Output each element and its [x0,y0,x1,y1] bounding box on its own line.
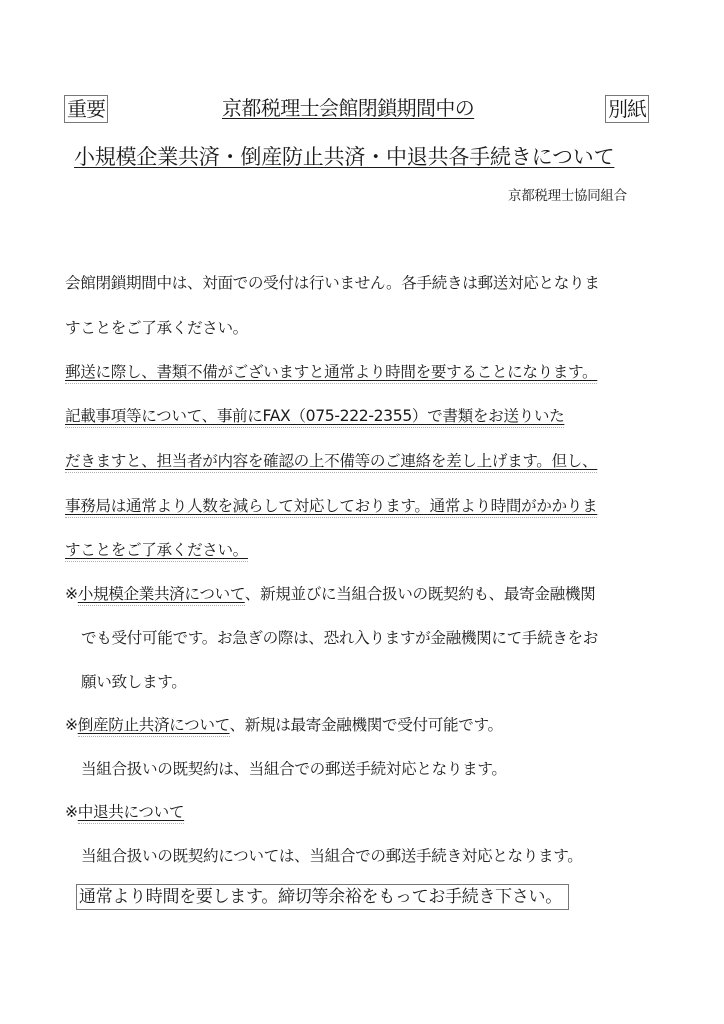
note-text: 、新規並びに当組合扱いの既契約も、最寄金融機関 [245,585,596,603]
note-small-business-cont1: でも受付可能です。お急ぎの際は、恐れ入りますが金融機関にて手続きをお [81,628,598,648]
paragraph1-line1: 会館閉鎖期間中は、対面での受付は行いません。各手続きは郵送対応となりま [65,273,599,293]
note-mark: ※ [65,803,78,821]
note-heading: 小規模企業共済について [78,585,245,606]
important-badge: 重要 [64,95,108,123]
note-mark: ※ [65,585,78,603]
note-bankruptcy-prevention: ※倒産防止共済について、新規は最寄金融機関で受付可能です。 [65,715,503,735]
note-retirement-mutual-aid-cont1: 当組合扱いの既契約については、当組合での郵送手続き対応となります。 [81,846,583,866]
paragraph2-line4: 事務局は通常より人数を減らして対応しております。通常より時間がかかりま [65,497,597,518]
paragraph2-line2: 記載事項等について、事前にFAX（075-222-2355）で書類をお送りいた [65,407,564,428]
paragraph1-line2: すことをご了承ください。 [65,318,248,338]
attachment-badge: 別紙 [605,95,649,123]
organization-name: 京都税理士協同組合 [508,187,627,205]
paragraph2-line1: 郵送に際し、書類不備がございますと通常より時間を要することになります。 [65,363,597,384]
note-mark: ※ [65,716,78,734]
paragraph2-line5: すことをご了承ください。 [65,541,248,562]
note-small-business-cont2: 願い致します。 [81,672,186,692]
note-heading: 中退共について [78,803,184,824]
note-text: 、新規は最寄金融機関で受付可能です。 [230,716,503,734]
note-heading: 倒産防止共済について [78,716,230,737]
paragraph2-line3: だきますと、担当者が内容を確認の上不備等のご連絡を差し上げます。但し、 [65,452,597,473]
note-small-business: ※小規模企業共済について、新規並びに当組合扱いの既契約も、最寄金融機関 [65,584,595,604]
closing-notice-box: 通常より時間を要します。締切等余裕をもってお手続き下さい。 [76,884,569,910]
note-retirement-mutual-aid: ※中退共について [65,802,184,822]
page-title-line2: 小規模企業共済・倒産防止共済・中退共各手続きについて [74,143,614,171]
page-title-line1: 京都税理士会館閉鎖期間中の [222,95,474,121]
note-bankruptcy-prevention-cont1: 当組合扱いの既契約は、当組合での郵送手続対応となります。 [81,759,507,779]
